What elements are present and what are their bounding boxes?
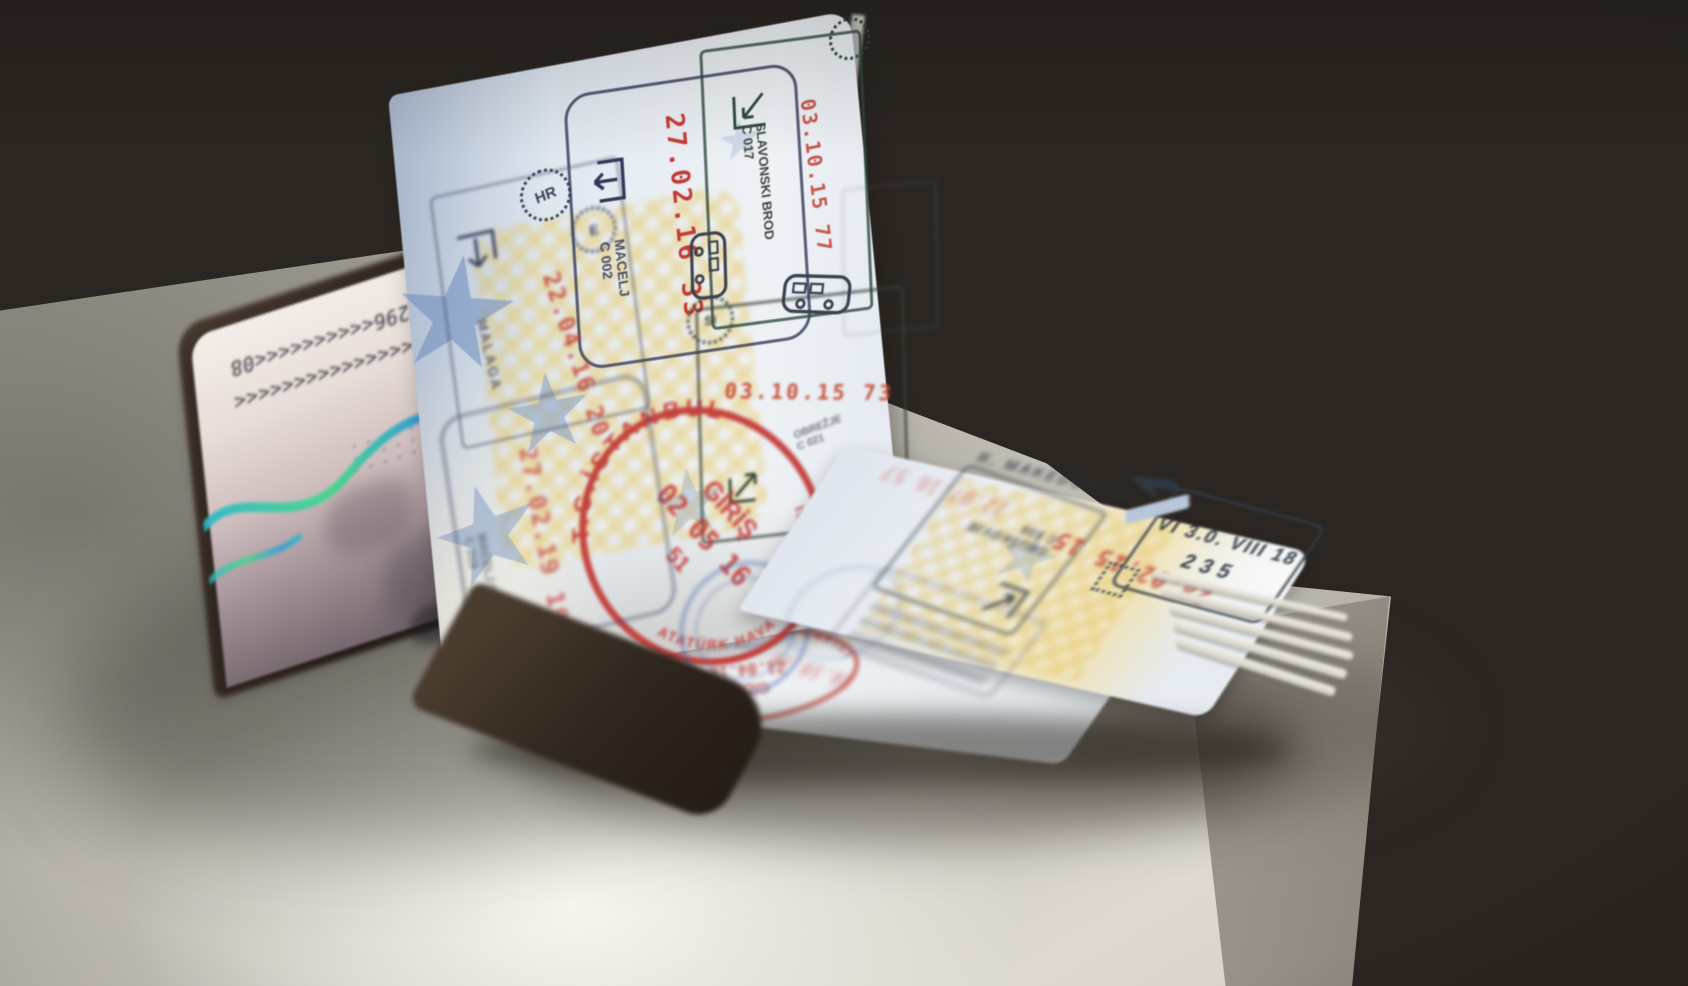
slavonski-place: SLAVONSKI BROD C 017 (739, 122, 776, 244)
e-country-badge-icon: E (568, 202, 619, 258)
malaga-date: 22.04.16 20 (537, 268, 614, 442)
photo-scene: <<<<<<<<<<<<<<<<<<< 1363296<<<<<<<<<<08 … (0, 0, 1688, 986)
entry-down-arrow-icon (453, 226, 502, 279)
slavonski-date: 03.10.15 77 (796, 96, 837, 255)
gruskovje-place: GRUŠKOVJE C 036 (963, 507, 1061, 559)
car-icon (686, 228, 729, 303)
malaga-entry-stamp: E 22.04.16 20 MALAGA (429, 156, 650, 450)
si-badge-label: SI (704, 312, 717, 329)
malaga-place: MALAGA (474, 317, 505, 393)
e-badge-label: E (588, 221, 599, 239)
faint-stamp-outline (842, 180, 938, 337)
